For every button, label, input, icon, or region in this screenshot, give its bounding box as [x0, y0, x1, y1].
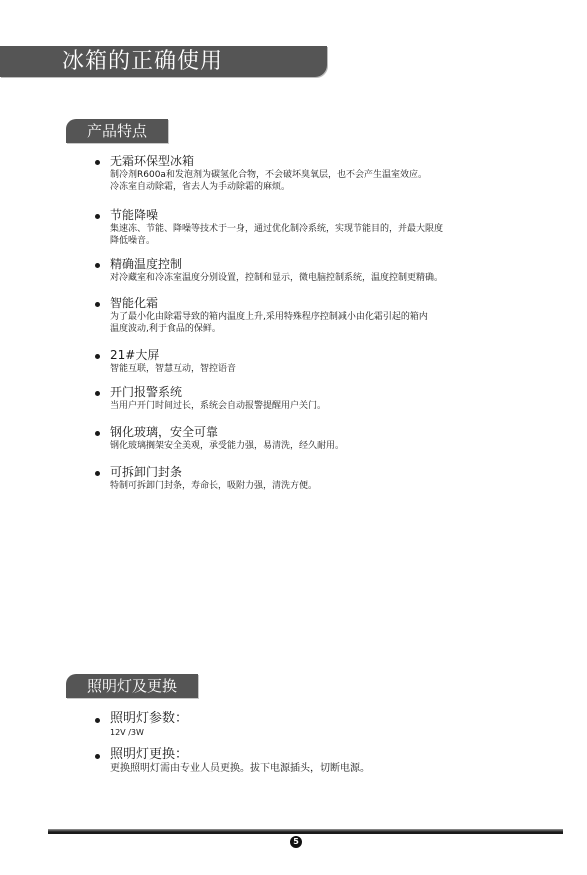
footer-divider: [48, 829, 563, 834]
feature-desc: 智能互联，智慧互动，智控语音: [110, 363, 550, 375]
lighting-title: 照明灯更换：: [110, 746, 188, 763]
bullet-icon: [95, 354, 100, 359]
feature-title: 精确温度控制: [110, 256, 182, 272]
lighting-desc: 更换照明灯需由专业人员更换。拔下电源插头，切断电源。: [110, 763, 550, 775]
bullet-icon: [95, 263, 100, 268]
feature-desc: 当用户开门时间过长，系统会自动报警提醒用户关门。: [110, 400, 550, 412]
bullet-icon: [95, 754, 100, 759]
bullet-icon: [95, 302, 100, 307]
lighting-desc: 12V /3W: [110, 727, 550, 739]
page-title: 冰箱的正确使用: [62, 48, 223, 75]
page-number-badge: 5: [290, 836, 302, 848]
section-label-lighting: 照明灯及更换: [66, 674, 198, 698]
lighting-title: 照明灯参数：: [110, 710, 188, 727]
feature-title: 智能化霜: [110, 295, 158, 311]
feature-desc: 钢化玻璃搁架安全美观，承受能力强，易清洗，经久耐用。: [110, 440, 550, 452]
feature-desc: 制冷剂R600a和发泡剂为碳氢化合物，不会破坏臭氧层，也不会产生温室效应。 冷冻…: [110, 169, 550, 193]
bullet-icon: [95, 160, 100, 165]
feature-desc: 集速冻、节能、降噪等技术于一身，通过优化制冷系统，实现节能目的，并最大限度 降低…: [110, 223, 550, 247]
feature-title: 无霜环保型冰箱: [110, 153, 194, 169]
section-title-lighting: 照明灯及更换: [66, 676, 198, 696]
feature-title: 可拆卸门封条: [110, 464, 182, 480]
bullet-icon: [95, 391, 100, 396]
feature-desc: 特制可拆卸门封条，寿命长，吸附力强，清洗方便。: [110, 480, 550, 492]
section-title-features: 产品特点: [66, 121, 168, 141]
feature-desc: 对冷藏室和冷冻室温度分别设置，控制和显示，微电脑控制系统，温度控制更精确。: [110, 272, 550, 284]
bullet-icon: [95, 214, 100, 219]
feature-desc: 为了最小化由除霜导致的箱内温度上升,采用特殊程序控制减小由化霜引起的箱内 温度波…: [110, 311, 550, 335]
page-title-bar: 冰箱的正确使用: [0, 46, 327, 77]
bullet-icon: [95, 471, 100, 476]
feature-title: 开门报警系统: [110, 384, 182, 400]
feature-title: 21#大屏: [110, 347, 159, 363]
bullet-icon: [95, 718, 100, 723]
feature-title: 节能降噪: [110, 207, 158, 223]
bullet-icon: [95, 431, 100, 436]
feature-title: 钢化玻璃，安全可靠: [110, 424, 218, 440]
section-label-features: 产品特点: [66, 119, 168, 143]
